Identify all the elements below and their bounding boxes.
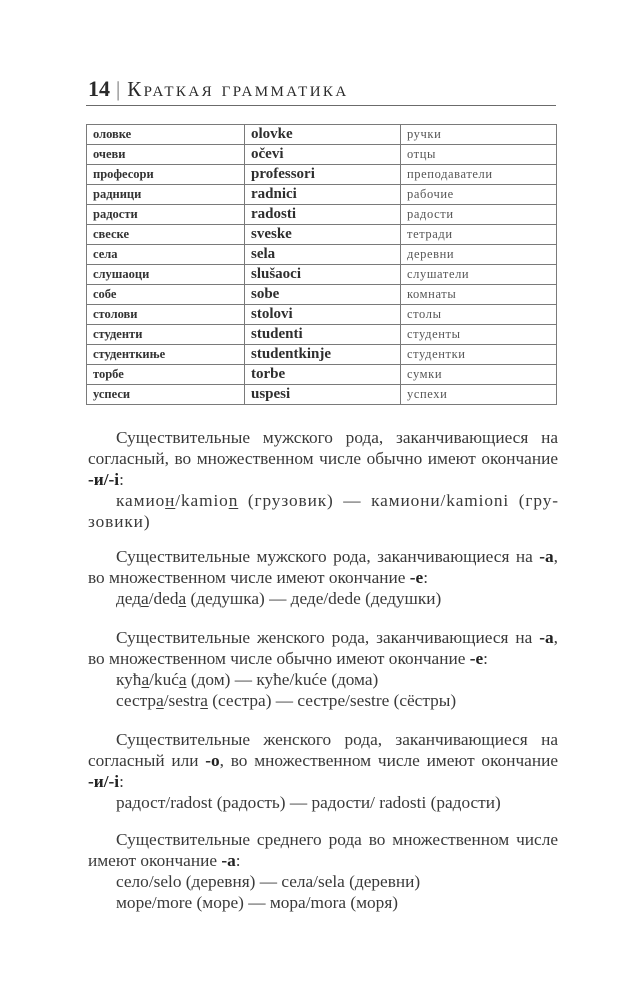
cyrillic-cell: студенти xyxy=(87,325,245,345)
latin-cell: slušaoci xyxy=(245,265,401,285)
ending: -а xyxy=(539,628,553,647)
russian-cell: комнаты xyxy=(401,285,557,305)
cyrillic-cell: слушаоци xyxy=(87,265,245,285)
ending: -а xyxy=(221,851,235,870)
ending: -и/-i xyxy=(88,772,119,791)
latin-cell: sveske xyxy=(245,225,401,245)
russian-cell: успехи xyxy=(401,385,557,405)
rule-neuter: Существительные среднего рода во множест… xyxy=(88,829,558,913)
cyrillic-cell: торбе xyxy=(87,365,245,385)
latin-cell: radnici xyxy=(245,185,401,205)
cyrillic-cell: свеске xyxy=(87,225,245,245)
running-head: 14|Краткая грамматика xyxy=(88,76,349,102)
page-number: 14 xyxy=(88,76,110,101)
cyrillic-cell: оловке xyxy=(87,125,245,145)
russian-cell: радости xyxy=(401,205,557,225)
russian-cell: отцы xyxy=(401,145,557,165)
russian-cell: ручки xyxy=(401,125,557,145)
russian-cell: студентки xyxy=(401,345,557,365)
rule-masculine-a: Существительные мужского рода, заканчива… xyxy=(88,546,558,609)
table-row: свескеsveskeтетради xyxy=(87,225,557,245)
latin-cell: olovke xyxy=(245,125,401,145)
table-row: оловкеolovkeручки xyxy=(87,125,557,145)
table-row: студентиstudentiстуденты xyxy=(87,325,557,345)
cyrillic-cell: радости xyxy=(87,205,245,225)
table-row: слушаоциslušaociслушатели xyxy=(87,265,557,285)
rule-masculine-consonant: Существительные мужского рода, заканчива… xyxy=(88,427,558,532)
rule-feminine-consonant: Существительные женского рода, заканчива… xyxy=(88,729,558,813)
vocabulary-table: оловкеolovkeручкиочевиočeviотцыпрофесори… xyxy=(86,124,557,405)
cyrillic-cell: села xyxy=(87,245,245,265)
header-rule xyxy=(86,105,556,106)
rule-feminine-a: Существительные женского рода, заканчива… xyxy=(88,627,558,711)
latin-cell: sobe xyxy=(245,285,401,305)
table-row: столовиstoloviстолы xyxy=(87,305,557,325)
ending: -а xyxy=(539,547,553,566)
example: море/more (море) — мора/mora (моря) xyxy=(88,892,558,913)
rule-text: Существительные женского рода, заканчива… xyxy=(88,729,558,792)
ending: -е xyxy=(470,649,483,668)
table-row: успесиuspesiуспехи xyxy=(87,385,557,405)
russian-cell: рабочие xyxy=(401,185,557,205)
header-separator: | xyxy=(116,77,120,101)
russian-cell: студенты xyxy=(401,325,557,345)
example: камион/kamion (грузовик) — камиони/kamio… xyxy=(88,490,558,532)
latin-cell: sela xyxy=(245,245,401,265)
russian-cell: сумки xyxy=(401,365,557,385)
cyrillic-cell: очеви xyxy=(87,145,245,165)
latin-cell: studenti xyxy=(245,325,401,345)
cyrillic-cell: радници xyxy=(87,185,245,205)
latin-cell: stolovi xyxy=(245,305,401,325)
russian-cell: преподаватели xyxy=(401,165,557,185)
cyrillic-cell: студенткиње xyxy=(87,345,245,365)
table-row: професориprofessoriпреподаватели xyxy=(87,165,557,185)
section-title: Краткая грамматика xyxy=(127,77,348,101)
example: деда/deda (дедушка) — деде/dede (дедушки… xyxy=(88,588,558,609)
latin-cell: uspesi xyxy=(245,385,401,405)
table-row: очевиočeviотцы xyxy=(87,145,557,165)
table-row: собеsobeкомнаты xyxy=(87,285,557,305)
russian-cell: деревни xyxy=(401,245,557,265)
example: радост/radost (радость) — радости/ rados… xyxy=(88,792,558,813)
ending: -е xyxy=(410,568,423,587)
cyrillic-cell: професори xyxy=(87,165,245,185)
rule-text: Существительные мужского рода, заканчива… xyxy=(88,427,558,490)
rule-text: Существительные женского рода, заканчива… xyxy=(88,627,558,669)
ending: -о xyxy=(205,751,219,770)
example: сестра/sestra (сестра) — сестре/sestre (… xyxy=(88,690,558,711)
rule-text: Существительные мужского рода, заканчива… xyxy=(88,546,558,588)
cyrillic-cell: успеси xyxy=(87,385,245,405)
example: кућа/kuća (дом) — куће/kuće (дома) xyxy=(88,669,558,690)
latin-cell: torbe xyxy=(245,365,401,385)
latin-cell: professori xyxy=(245,165,401,185)
russian-cell: тетради xyxy=(401,225,557,245)
ending: -и/-i xyxy=(88,470,119,489)
rule-text: Существительные среднего рода во множест… xyxy=(88,829,558,871)
table-row: селаselaдеревни xyxy=(87,245,557,265)
cyrillic-cell: столови xyxy=(87,305,245,325)
russian-cell: столы xyxy=(401,305,557,325)
russian-cell: слушатели xyxy=(401,265,557,285)
table-row: торбеtorbeсумки xyxy=(87,365,557,385)
latin-cell: očevi xyxy=(245,145,401,165)
table-row: раднициradniciрабочие xyxy=(87,185,557,205)
table-row: радостиradostiрадости xyxy=(87,205,557,225)
example: село/selo (деревня) — села/sela (деревни… xyxy=(88,871,558,892)
table-row: студенткињеstudentkinjeстудентки xyxy=(87,345,557,365)
latin-cell: studentkinje xyxy=(245,345,401,365)
cyrillic-cell: собе xyxy=(87,285,245,305)
latin-cell: radosti xyxy=(245,205,401,225)
